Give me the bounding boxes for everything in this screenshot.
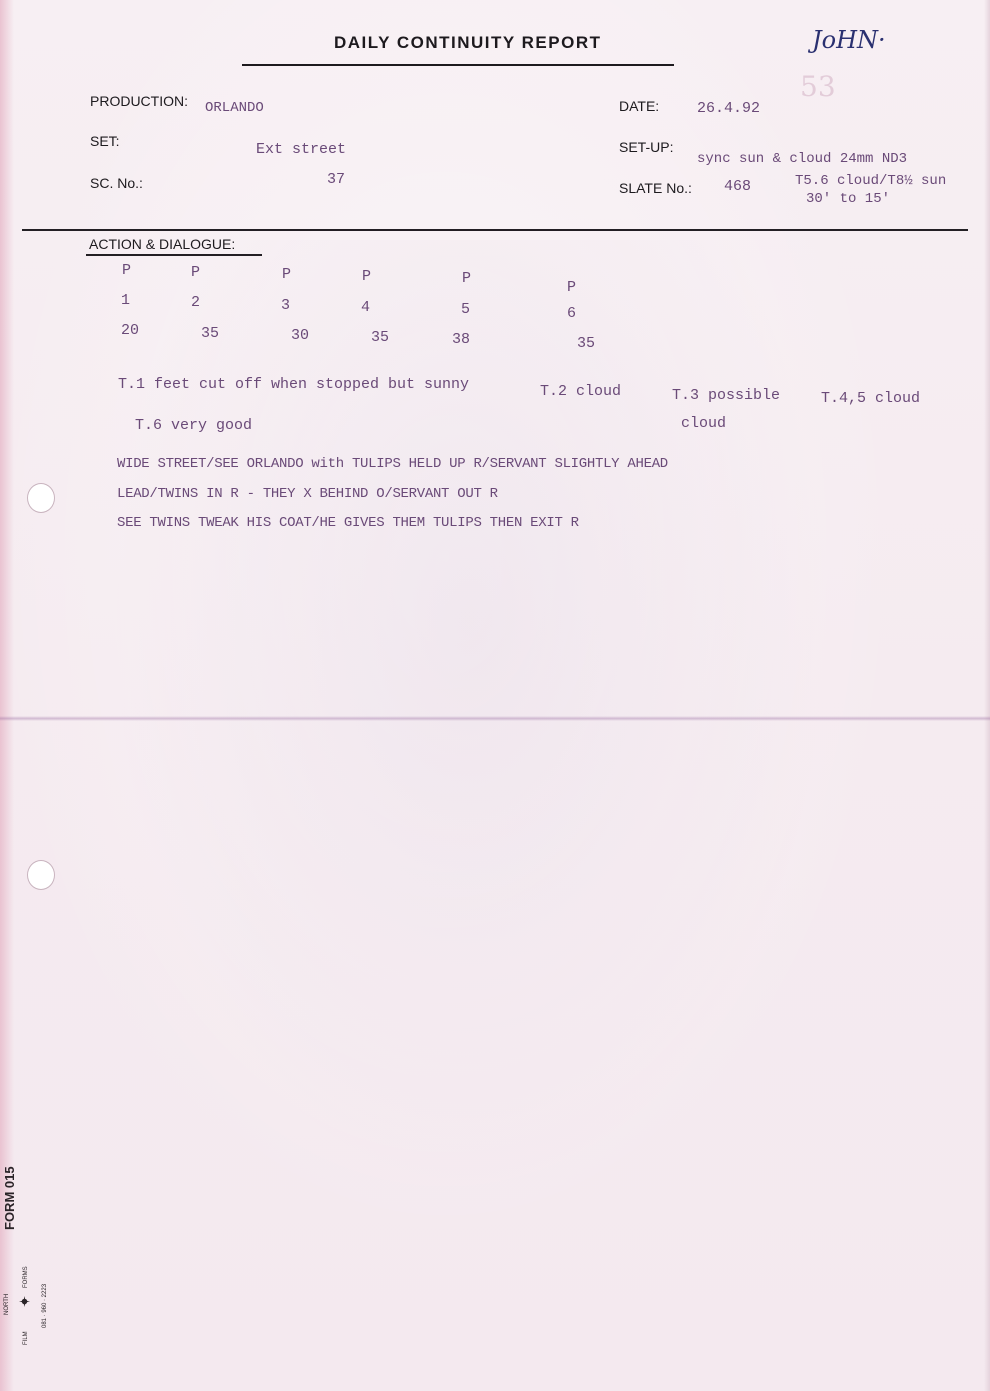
take-status: P <box>462 270 471 287</box>
take-note-t2: T.2 cloud <box>540 383 621 400</box>
slate-number-label: SLATE No.: <box>619 180 692 196</box>
action-line: WIDE STREET/SEE ORLANDO with TULIPS HELD… <box>117 456 668 472</box>
production-value: ORLANDO <box>205 100 264 116</box>
form-title: DAILY CONTINUITY REPORT <box>334 33 602 53</box>
faint-number-annotation: 53 <box>800 70 836 103</box>
scene-number-label: SC. No.: <box>90 175 143 191</box>
take-status: P <box>567 279 576 296</box>
action-line: SEE TWINS TWEAK HIS COAT/HE GIVES THEM T… <box>117 515 579 531</box>
take-duration: 30 <box>291 327 309 344</box>
set-label: SET: <box>90 133 120 149</box>
take-note-t45: T.4,5 cloud <box>821 390 920 407</box>
document-page: DAILY CONTINUITY REPORT JoHN· 53 PRODUCT… <box>0 0 990 1391</box>
action-dialogue-label: ACTION & DIALOGUE: <box>89 236 235 252</box>
take-duration: 38 <box>452 331 470 348</box>
title-underline <box>242 64 674 66</box>
header-divider <box>22 229 968 231</box>
setup-value-line2: T5.6 cloud/T8½ sun <box>795 173 946 189</box>
setup-label: SET-UP: <box>619 139 673 155</box>
take-number: 2 <box>191 294 200 311</box>
punch-hole-bottom <box>27 860 55 890</box>
take-number: 6 <box>567 305 576 322</box>
set-value: Ext street <box>256 141 346 158</box>
form-number: FORM 015 <box>2 1166 17 1230</box>
take-note-t3-continued: cloud <box>681 415 726 432</box>
date-value: 26.4.92 <box>697 100 760 117</box>
date-label: DATE: <box>619 98 659 114</box>
take-duration: 35 <box>201 325 219 342</box>
punch-hole-top <box>27 483 55 513</box>
take-duration: 35 <box>371 329 389 346</box>
scene-number-value: 37 <box>327 171 345 188</box>
slate-number-value: 468 <box>724 178 751 195</box>
publisher-line1: NORTH <box>4 1294 10 1315</box>
publisher-line3: FORMS <box>23 1266 29 1288</box>
take-duration: 35 <box>577 335 595 352</box>
paper-right-edge-shadow <box>984 0 990 1391</box>
take-note-t6: T.6 very good <box>135 417 252 434</box>
take-number: 1 <box>121 292 130 309</box>
setup-value-line1: sync sun & cloud 24mm ND3 <box>697 151 907 167</box>
take-status: P <box>282 266 291 283</box>
take-note-t3: T.3 possible <box>672 387 780 404</box>
production-label: PRODUCTION: <box>90 93 188 109</box>
take-number: 4 <box>361 299 370 316</box>
take-note-t1: T.1 feet cut off when stopped but sunny <box>118 376 469 393</box>
setup-value-line3: 30' to 15' <box>806 191 890 207</box>
take-status: P <box>122 262 131 279</box>
take-duration: 20 <box>121 322 139 339</box>
take-number: 3 <box>281 297 290 314</box>
paper-fold-crease <box>0 716 990 721</box>
compass-logo-icon <box>19 1296 30 1307</box>
take-status: P <box>362 268 371 285</box>
publisher-line2: FILM <box>23 1331 29 1345</box>
action-line: LEAD/TWINS IN R - THEY X BEHIND O/SERVAN… <box>117 486 498 502</box>
take-number: 5 <box>461 301 470 318</box>
take-status: P <box>191 264 200 281</box>
publisher-phone: 081 · 960 · 2223 <box>42 1284 48 1328</box>
handwritten-name: JoHN· <box>812 26 886 54</box>
action-dialogue-underline <box>86 254 262 256</box>
